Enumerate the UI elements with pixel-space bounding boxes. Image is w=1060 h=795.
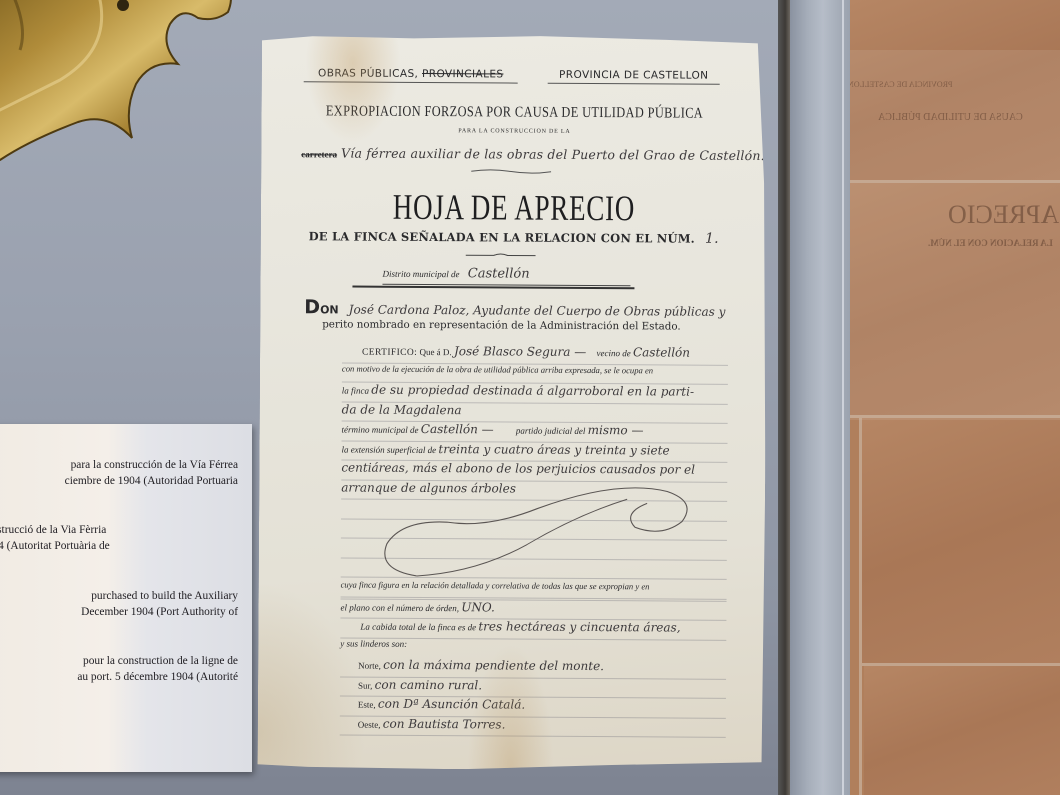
finca-value: de su propiedad destinada á algarroboral…	[371, 383, 694, 399]
lindero-value: con Dª Asunción Catalá.	[378, 697, 525, 712]
termino-line: término municipal de Castellón — partido…	[342, 421, 728, 443]
cancellation-flourish-icon	[377, 484, 698, 586]
placard-paragraph-ca: er a la construcció de la Via Fèrria bre…	[0, 523, 238, 554]
partido-label: partido judicial del	[516, 426, 586, 436]
vecino-value: Castellón	[633, 345, 690, 359]
decorative-swash-icon	[471, 167, 551, 175]
finca-cont-value: da de la Magdalena	[342, 402, 462, 417]
lindero-dir: Este,	[358, 700, 376, 710]
placard-paragraph-en: purchased to build the Auxiliary Decembe…	[0, 589, 238, 620]
lindero-este: Este, con Dª Asunción Catalá.	[340, 696, 726, 718]
extension-value: treinta y cuatro áreas y treinta y siete	[438, 442, 669, 457]
don-line: DON José Cardona Paloz, Ayudante del Cue…	[304, 296, 758, 321]
extension-line: la extensión superficial de treinta y cu…	[341, 441, 727, 463]
don-value: José Cardona Paloz, Ayudante del Cuerpo …	[349, 303, 726, 319]
cabida-line: La cabida total de la finca es de tres h…	[340, 618, 726, 640]
brass-ornament-icon	[0, 0, 250, 170]
document-subtitle: DE LA FINCA SEÑALADA EN LA RELACION CON …	[261, 228, 767, 247]
header-provincia: PROVINCIA DE CASTELLON	[548, 69, 720, 85]
carretera-line: carretera Vía férrea auxiliar de las obr…	[301, 144, 753, 165]
placard-line: ciembre de 1904 (Autoridad Portuaria	[0, 474, 238, 490]
placard-line: para la construcción de la Vía Férrea	[0, 458, 238, 474]
lindero-norte: Norte, con la máxima pendiente del monte…	[340, 657, 726, 679]
reflection-line: CAUSA DE UTILIDAD PÚBLICA	[878, 112, 1023, 123]
para-la-construccion-label: PARA LA CONSTRUCCION DE LA	[261, 127, 767, 136]
wall-tile	[862, 418, 1060, 663]
perito-line: perito nombrado en representación de la …	[322, 318, 681, 332]
header-provinciales-struck: PROVINCIALES	[422, 68, 503, 80]
grout-line	[859, 418, 862, 795]
extension-cont1-value: centiáreas, más el abono de los perjuici…	[341, 460, 695, 476]
museum-display-scene: para la construcción de la Vía Férrea ci…	[0, 0, 1060, 795]
motivo-line: con motivo de la ejecución de la obra de…	[342, 363, 728, 385]
extension-continuation-1: centiáreas, más el abono de los perjuici…	[341, 460, 727, 482]
hoja-de-aprecio-document: OBRAS PÚBLICAS, PROVINCIALES PROVINCIA D…	[258, 33, 768, 771]
plano-and-linderos-section: cuya finca figura en la relación detalla…	[340, 579, 727, 737]
finca-label: la finca	[342, 385, 369, 395]
distrito-value: Castellón	[468, 266, 530, 281]
wall-tile	[864, 666, 1060, 795]
vecino-label: vecino de	[596, 348, 630, 358]
lindero-sur: Sur, con camino rural.	[340, 677, 726, 699]
lindero-value: con camino rural.	[375, 677, 482, 692]
placard-line: au port. 5 décembre 1904 (Autorité	[0, 670, 238, 686]
header-obras-label: OBRAS PÚBLICAS,	[318, 67, 418, 80]
placard-line: pour la construction de la ligne de	[0, 654, 238, 670]
placard-line: December 1904 (Port Authority of	[0, 605, 238, 621]
glass-reflection: PROVINCIA DE CASTELLON CAUSA DE UTILIDAD…	[818, 50, 1060, 420]
plano-value: UNO.	[461, 600, 495, 614]
reflection-line: PROVINCIA DE CASTELLON	[848, 80, 952, 89]
certifico-line: CERTIFICO: Que á D. José Blasco Segura —…	[342, 343, 728, 365]
don-initial: D	[304, 296, 320, 318]
lindero-dir: Oeste,	[358, 719, 381, 729]
museum-placard: para la construcción de la Vía Férrea ci…	[0, 424, 252, 772]
termino-value: Castellón —	[421, 422, 494, 436]
lindero-dir: Norte,	[358, 661, 381, 671]
distrito-line: Distrito municipal de Castellón	[382, 266, 630, 287]
display-frame-edge	[778, 0, 790, 795]
plano-label: el plano con el número de órden,	[340, 602, 459, 613]
linderos-label: y sus linderos son:	[340, 638, 726, 660]
finca-line: la finca de su propiedad destinada á alg…	[342, 382, 728, 404]
don-suffix: ON	[320, 303, 339, 316]
extension-label: la extensión superficial de	[341, 444, 436, 455]
lindero-value: con Bautista Torres.	[383, 716, 506, 731]
lindero-value: con la máxima pendiente del monte.	[383, 658, 604, 673]
lindero-oeste: Oeste, con Bautista Torres.	[340, 716, 726, 738]
display-frame-bar	[790, 0, 850, 795]
cabida-value: tres hectáreas y cincuenta áreas,	[478, 619, 680, 634]
subtitle-number: 1.	[705, 231, 719, 247]
que-a-d-label: Que á D.	[419, 347, 451, 357]
placard-line: purchased to build the Auxiliary	[0, 589, 238, 605]
placard-line: ).	[0, 686, 238, 702]
header-obras-publicas: OBRAS PÚBLICAS, PROVINCIALES	[304, 67, 518, 83]
document-title: HOJA DE APRECIO	[324, 185, 704, 229]
carretera-handwritten: Vía férrea auxiliar de las obras del Pue…	[341, 145, 765, 163]
carretera-struck: carretera	[301, 149, 337, 159]
certifico-label: CERTIFICO:	[362, 348, 417, 358]
cuya-finca-line: cuya finca figura en la relación detalla…	[341, 579, 727, 601]
cabida-label: La cabida total de la finca es de	[360, 622, 476, 633]
divider	[352, 286, 634, 290]
reflection-line: APRECIO	[948, 200, 1059, 230]
distrito-label: Distrito municipal de	[383, 269, 460, 279]
placard-line: er a la construcció de la Via Fèrria	[0, 523, 238, 539]
placard-paragraph-fr: pour la construction de la ligne de au p…	[0, 654, 238, 701]
decorative-rule-icon	[466, 252, 536, 258]
partido-value: mismo —	[588, 423, 644, 437]
placard-line: bre de 1904 (Autoritat Portuària de	[0, 539, 238, 555]
document-header: OBRAS PÚBLICAS, PROVINCIALES PROVINCIA D…	[304, 67, 720, 85]
plano-line: el plano con el número de órden, UNO.	[340, 599, 726, 621]
owner-name: José Blasco Segura —	[454, 344, 586, 359]
termino-label: término municipal de	[342, 424, 419, 434]
finca-continuation: da de la Magdalena	[342, 402, 728, 424]
reflection-line: LA RELACION CON EL NÚM.	[928, 238, 1053, 248]
subtitle-printed: DE LA FINCA SEÑALADA EN LA RELACION CON …	[309, 229, 695, 245]
placard-paragraph-es: para la construcción de la Vía Férrea ci…	[0, 458, 238, 489]
lindero-dir: Sur,	[358, 680, 372, 690]
expropiacion-heading: EXPROPIACION FORZOSA POR CAUSA DE UTILID…	[307, 103, 722, 123]
